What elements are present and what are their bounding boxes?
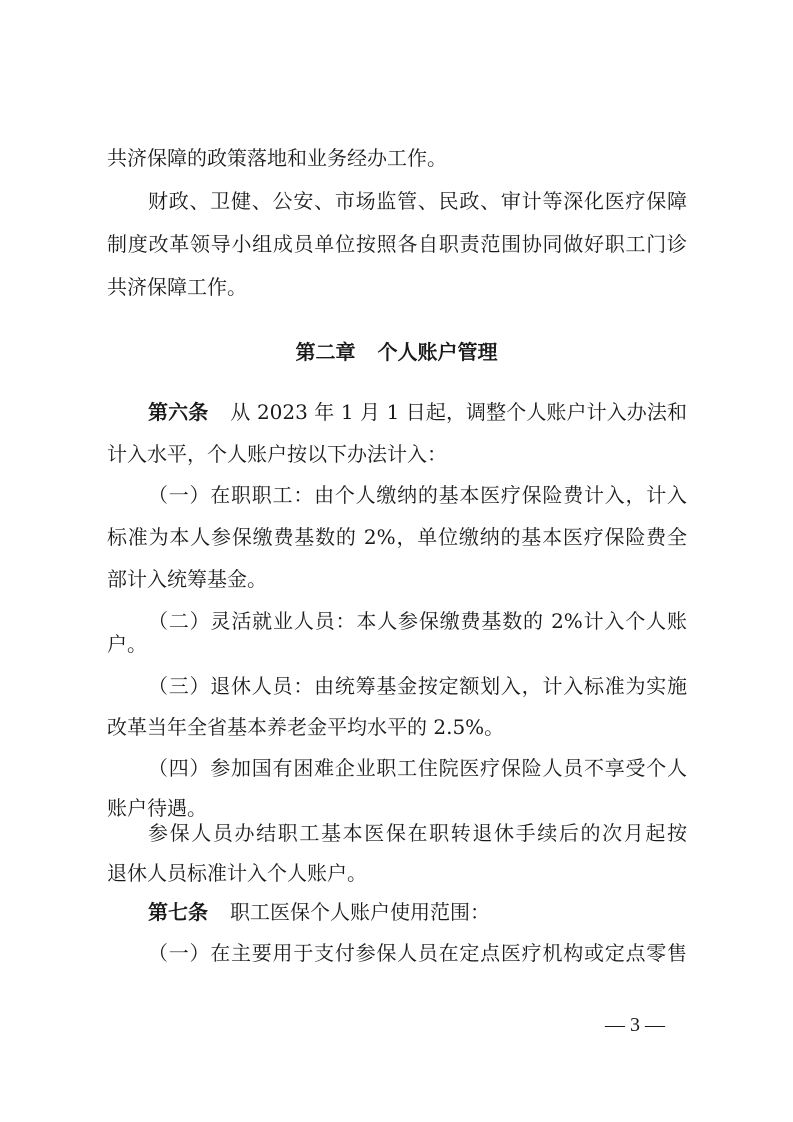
article-6-first-line: 第六条从 2023 年 1 月 1 日起，调整个人账户计入办法和 [148, 397, 687, 427]
article-6-item-3-line: 改革当年全省基本养老金平均水平的 2.5%。 [107, 712, 687, 742]
article-6-item-1-line: 标准为本人参保缴费基数的 2%，单位缴纳的基本医疗保险费全 [107, 522, 687, 552]
paragraph-agencies-line: 财政、卫健、公安、市场监管、民政、审计等深化医疗保障 [148, 186, 687, 216]
chapter-number: 第二章 [296, 340, 356, 364]
paragraph-agencies-line: 制度改革领导小组成员单位按照各自职责范围协同做好职工门诊 [107, 229, 687, 259]
article-7-label: 第七条 [148, 900, 208, 924]
article-6-text: 从 2023 年 1 月 1 日起，调整个人账户计入办法和 [230, 400, 687, 424]
paragraph-agencies-line: 共济保障工作。 [107, 272, 687, 302]
article-7-item-1-line: （一）在主要用于支付参保人员在定点医疗机构或定点零售 [148, 938, 687, 968]
paragraph-continuation-line: 共济保障的政策落地和业务经办工作。 [107, 143, 687, 173]
article-6-note-line: 退休人员标准计入个人账户。 [107, 858, 687, 888]
article-6-item-1-line: 部计入统筹基金。 [107, 564, 687, 594]
page-number: — 3 — [590, 1010, 680, 1040]
chapter-title: 个人账户管理 [378, 340, 498, 364]
article-6-item-3-line: （三）退休人员：由统筹基金按定额划入，计入标准为实施 [148, 671, 687, 701]
article-6-item-4-line: （四）参加国有困难企业职工住院医疗保险人员不享受个人 [148, 753, 687, 783]
article-6-item-1-line: （一）在职职工：由个人缴纳的基本医疗保险费计入，计入 [148, 480, 687, 510]
article-6-note-line: 参保人员办结职工基本医保在职转退休手续后的次月起按 [148, 818, 687, 848]
article-6-label: 第六条 [148, 400, 208, 424]
article-6-line: 计入水平，个人账户按以下办法计入： [107, 439, 687, 469]
chapter-heading: 第二章个人账户管理 [0, 337, 793, 367]
article-6-item-2-line: 户。 [107, 629, 687, 659]
article-7-first-line: 第七条职工医保个人账户使用范围： [148, 897, 687, 927]
document-page: 共济保障的政策落地和业务经办工作。 财政、卫健、公安、市场监管、民政、审计等深化… [0, 0, 793, 1122]
article-7-text: 职工医保个人账户使用范围： [230, 900, 490, 924]
